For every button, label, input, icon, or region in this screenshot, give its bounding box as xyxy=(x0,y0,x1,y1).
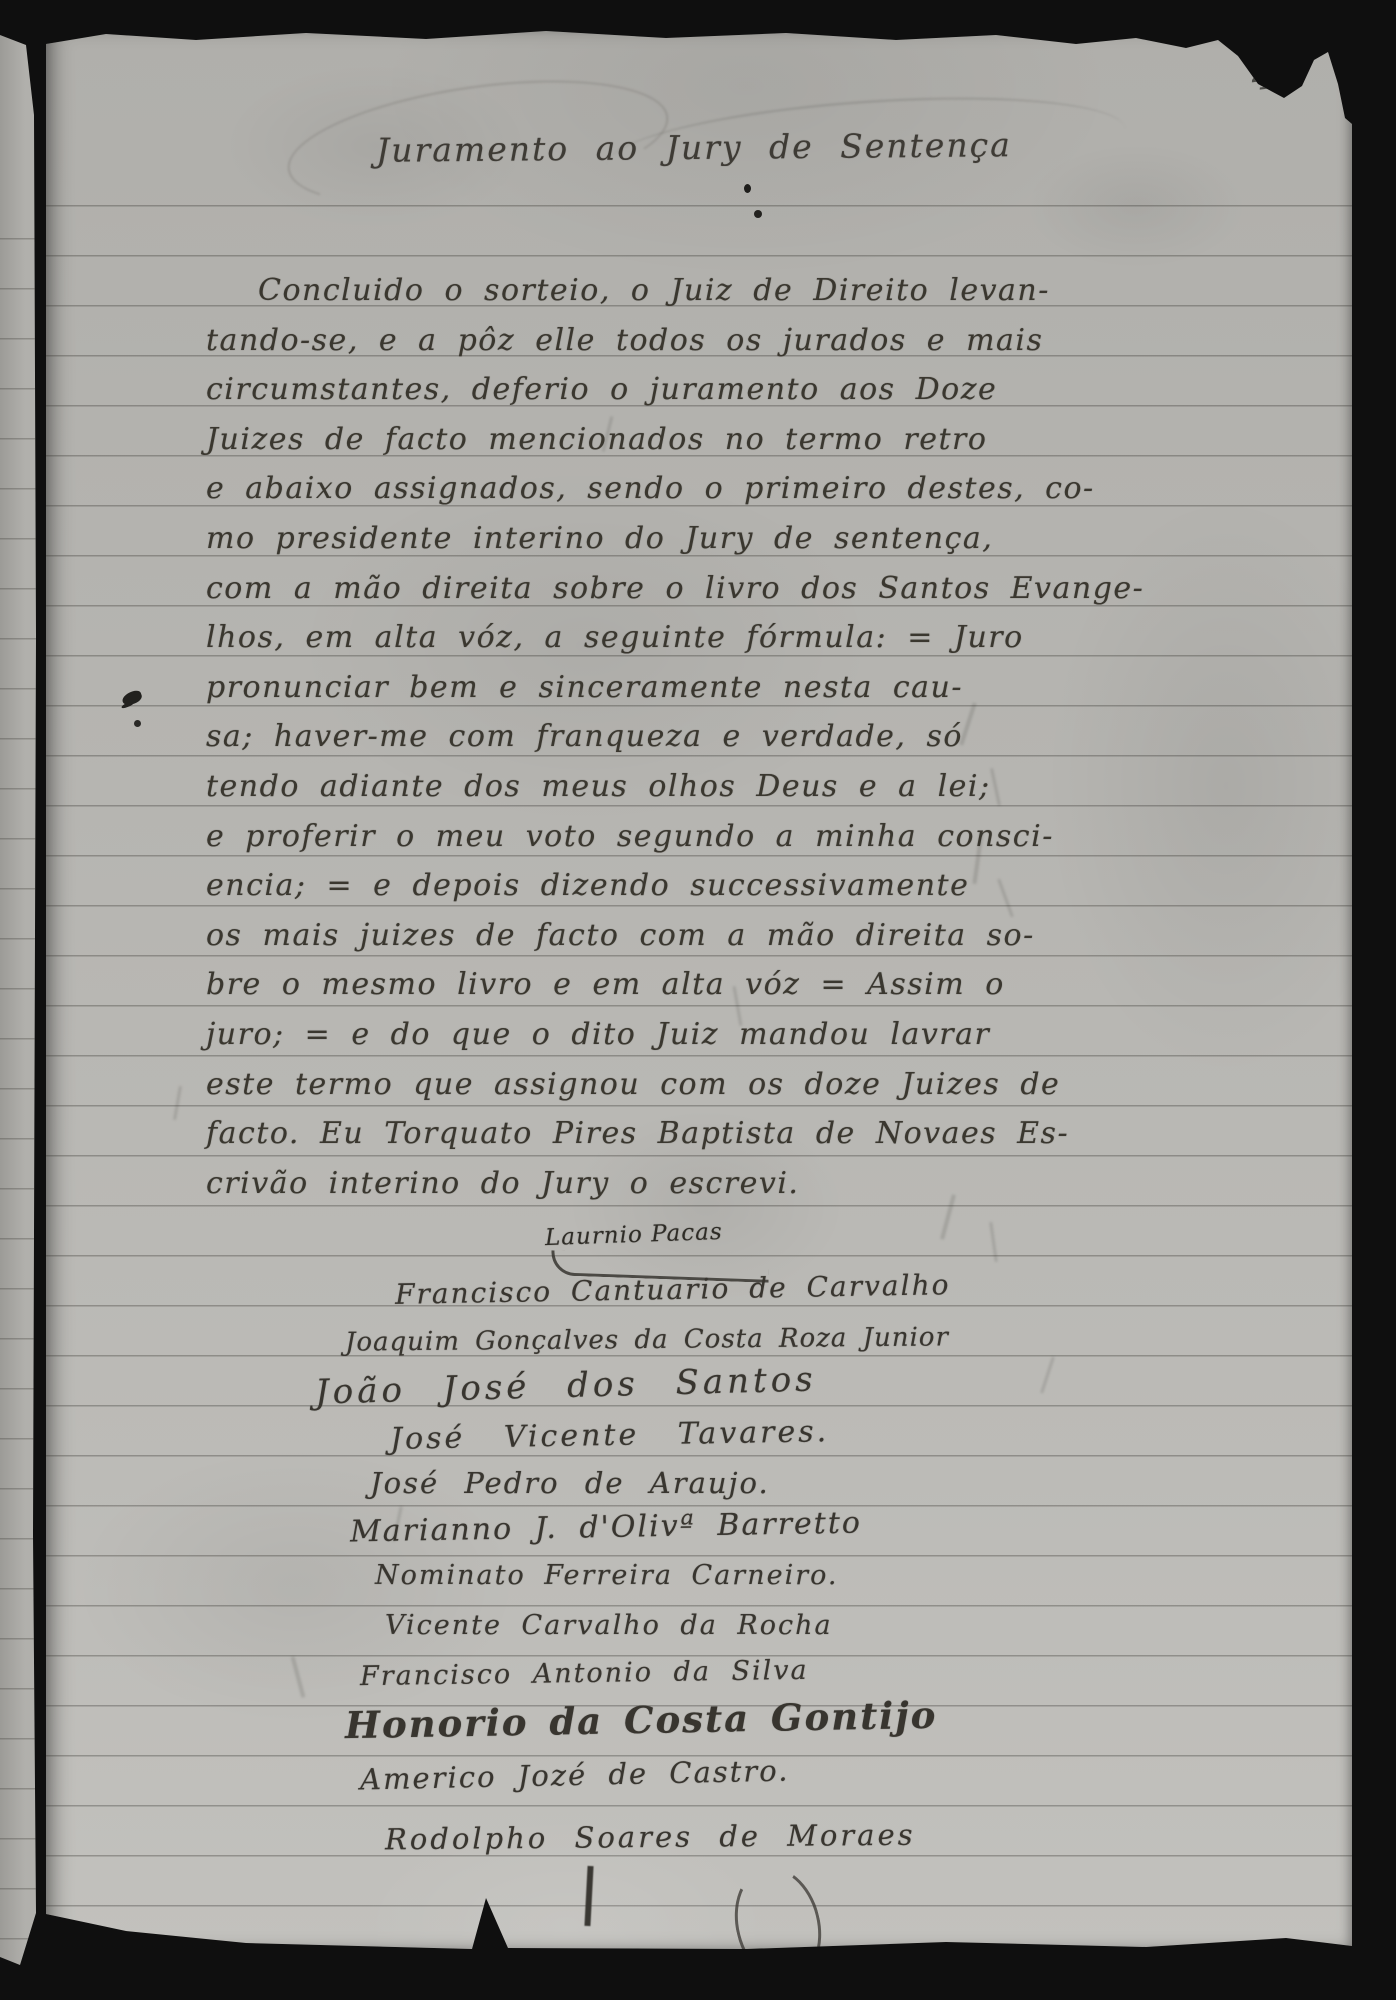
signature: Joaquim Gonçalves da Costa Roza Junior xyxy=(345,1322,949,1357)
body-line: e proferir o meu voto segundo a minha co… xyxy=(206,812,1106,862)
page-number: 41 xyxy=(1248,45,1313,101)
adjacent-page-edge xyxy=(0,35,36,1965)
ink-dot xyxy=(744,184,751,193)
body-line: os mais juizes de facto com a mão direit… xyxy=(206,911,1106,961)
body-line: juro; = e do que o dito Juiz mandou lavr… xyxy=(206,1010,1106,1060)
body-line: lhos, em alta vóz, a seguinte fórmula: =… xyxy=(206,613,1106,663)
body-line: Concluido o sorteio, o Juiz de Direito l… xyxy=(206,266,1106,316)
signature: Francisco Antonio da Silva xyxy=(360,1655,809,1692)
document-title: Juramento ao Jury de Sentença xyxy=(376,125,1012,170)
body-line: circumstantes, deferio o juramento aos D… xyxy=(206,365,1106,415)
body-line: facto. Eu Torquato Pires Baptista de Nov… xyxy=(206,1109,1106,1159)
signature: Nominato Ferreira Carneiro. xyxy=(375,1560,838,1591)
signature: José Pedro de Araujo. xyxy=(370,1466,770,1500)
manuscript-page: 41 Juramento ao Jury de Sentença Conclui… xyxy=(46,26,1352,1954)
body-line: encia; = e depois dizendo successivament… xyxy=(206,861,1106,911)
body-line: tendo adiante dos meus olhos Deus e a le… xyxy=(206,762,1106,812)
body-line: com a mão direita sobre o livro dos Sant… xyxy=(206,564,1106,614)
body-line: crivão interino do Jury o escrevi. xyxy=(206,1159,1106,1209)
signature: Vicente Carvalho da Rocha xyxy=(385,1610,833,1641)
body-line: Juizes de facto mencionados no termo ret… xyxy=(206,415,1106,465)
signature: Rodolpho Soares de Moraes xyxy=(385,1818,916,1857)
body-line: bre o mesmo livro e em alta vóz = Assim … xyxy=(206,960,1106,1010)
scanned-manuscript: 41 Juramento ao Jury de Sentença Conclui… xyxy=(0,0,1396,2000)
body-line: este termo que assignou com os doze Juiz… xyxy=(206,1060,1106,1110)
body-line: mo presidente interino do Jury de senten… xyxy=(206,514,1106,564)
body-line: tando-se, e a pôz elle todos os jurados … xyxy=(206,316,1106,366)
ink-dot xyxy=(754,210,762,218)
ink-blot xyxy=(134,720,141,727)
body-line: e abaixo assignados, sendo o primeiro de… xyxy=(206,464,1106,514)
document-body: Concluido o sorteio, o Juiz de Direito l… xyxy=(206,266,1106,1208)
ruled-lines xyxy=(0,190,36,1955)
